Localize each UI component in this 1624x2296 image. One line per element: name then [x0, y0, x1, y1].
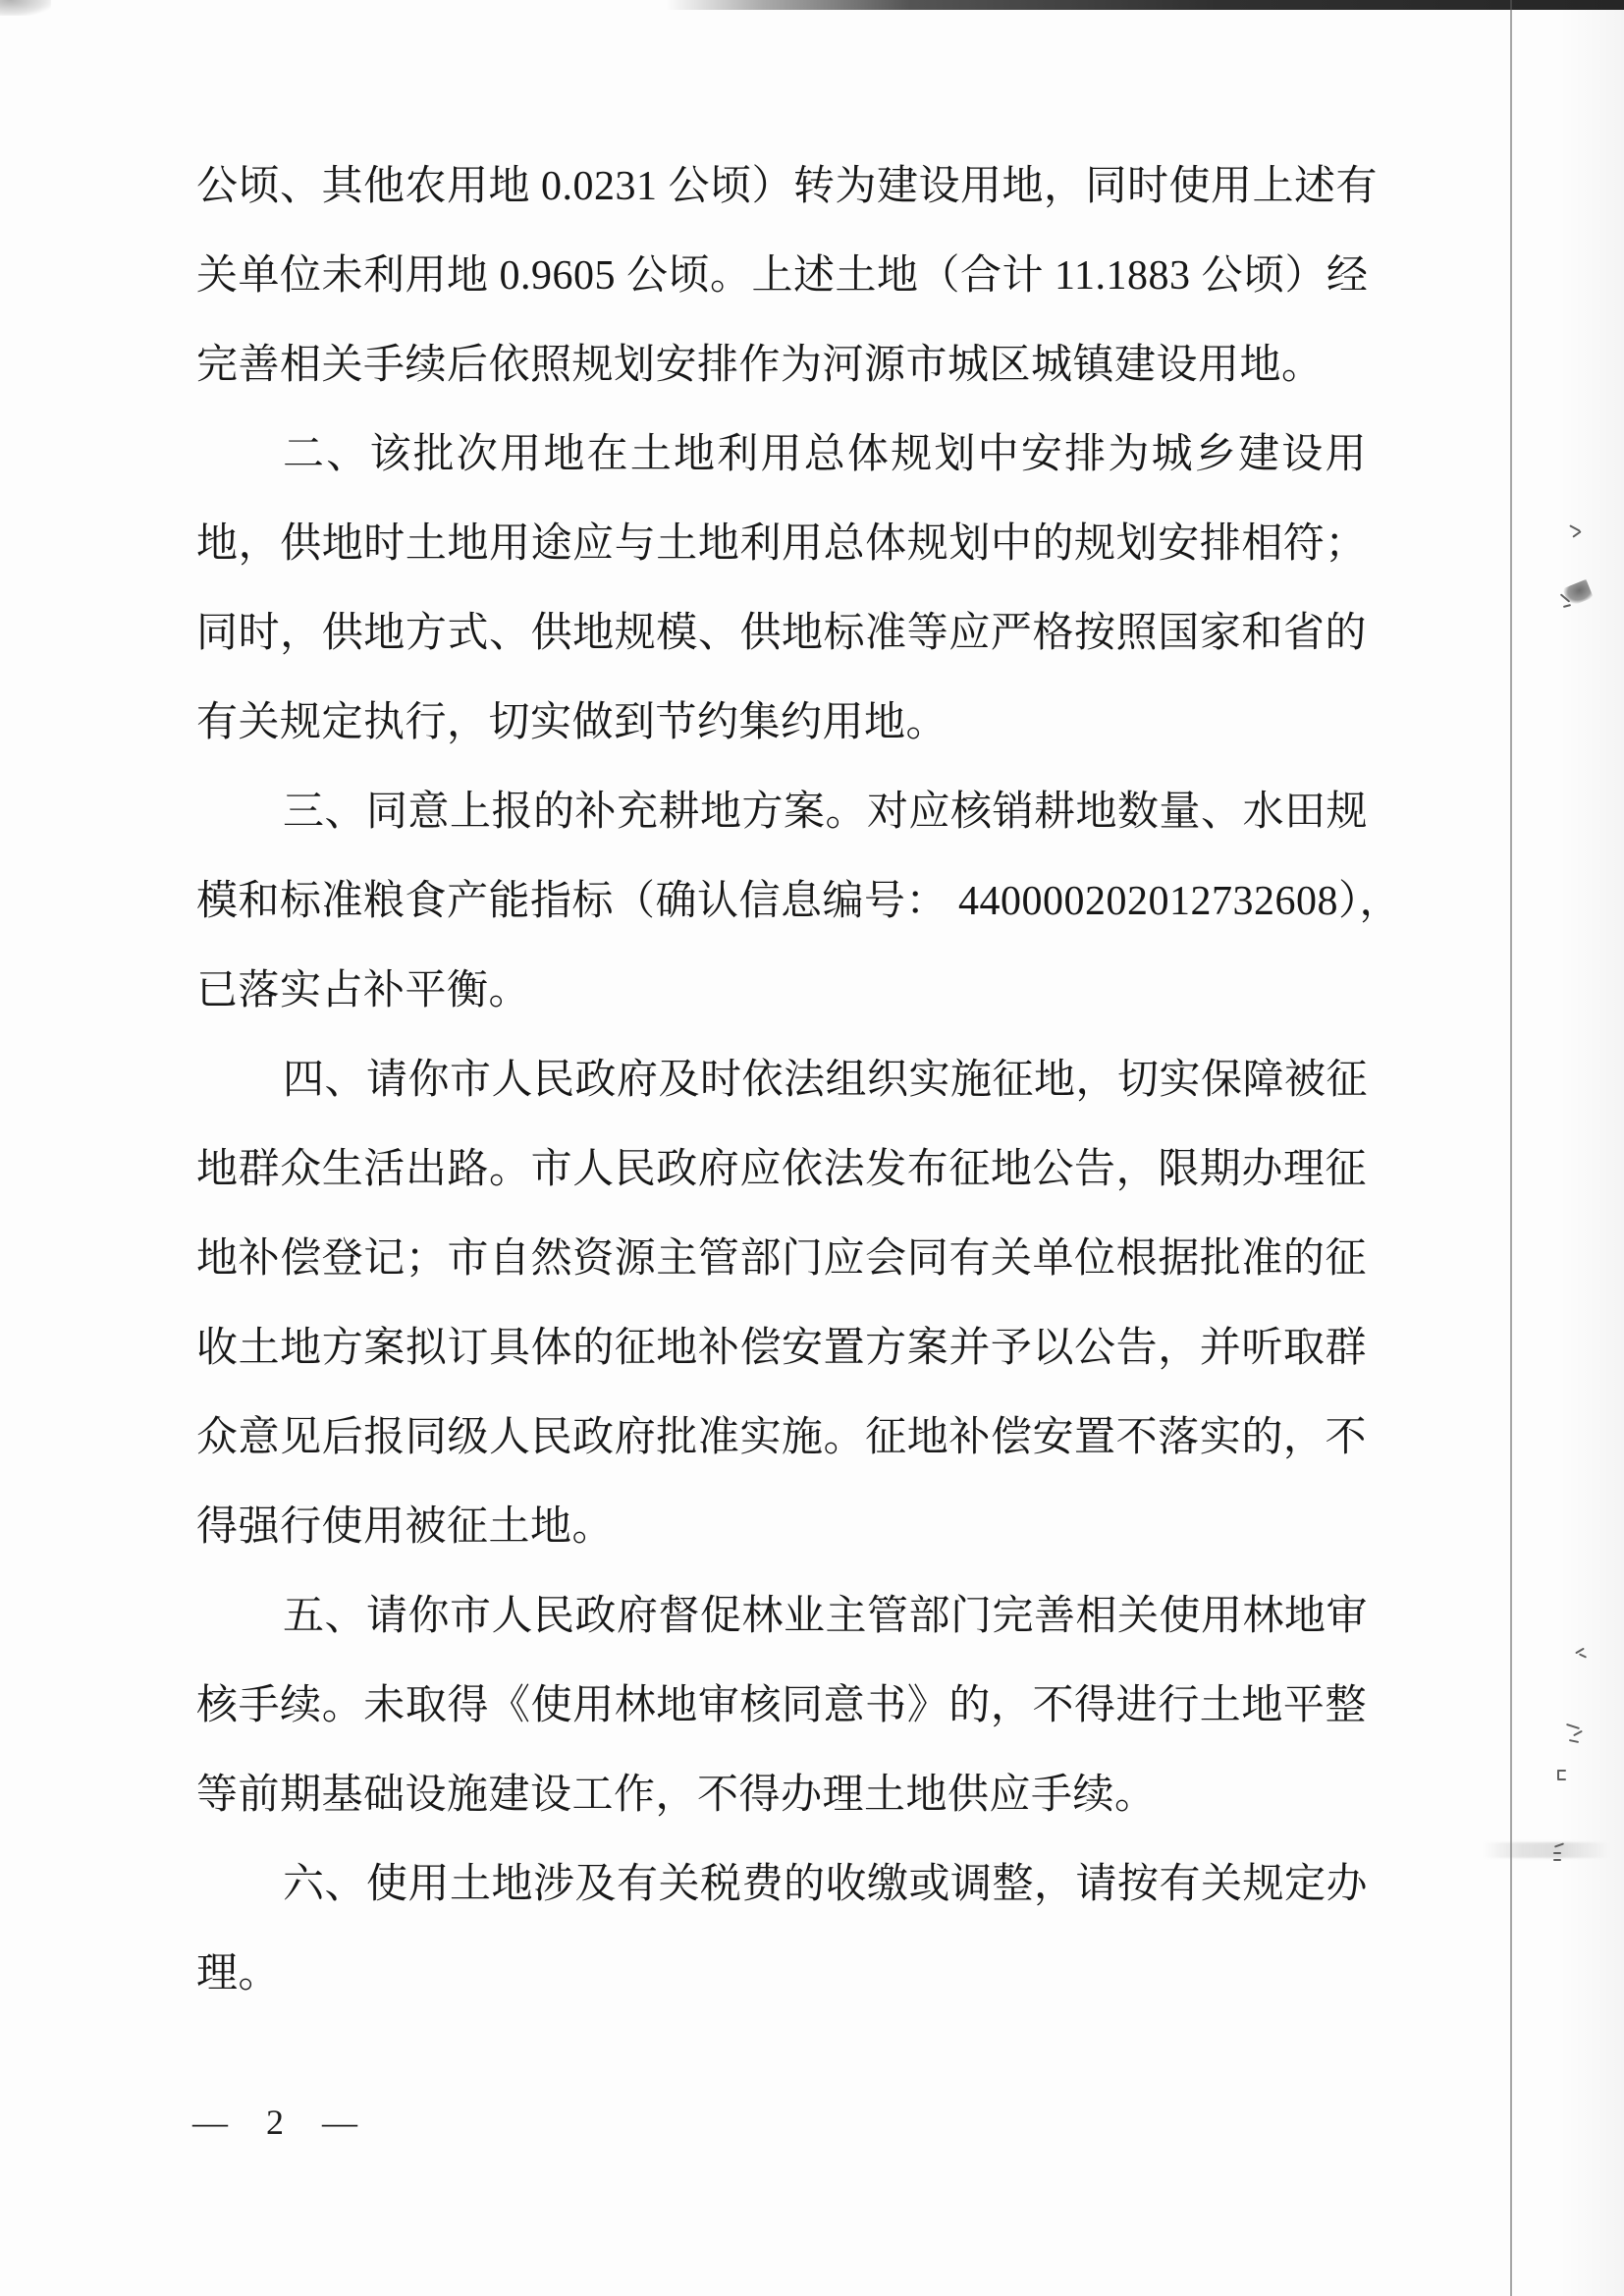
- text-line: 有关规定执行，切实做到节约集约用地。: [196, 679, 1367, 768]
- scan-artifact: [1573, 1646, 1589, 1662]
- scanned-document-page: { "page": { "number_label": "— 2 —" }, "…: [0, 0, 1624, 2296]
- text-line: 同时，供地方式、供地规模、供地标准等应严格按照国家和省的: [196, 589, 1367, 679]
- scan-artifact: [1551, 1842, 1567, 1866]
- scan-artifact: [1565, 1721, 1587, 1746]
- text-line: 收土地方案拟订具体的征地补偿安置方案并予以公告，并听取群: [196, 1304, 1367, 1394]
- text-line: 完善相关手续后依照规划安排作为河源市城区城镇建设用地。: [196, 321, 1367, 410]
- text-line: 二、该批次用地在土地利用总体规划中安排为城乡建设用: [196, 410, 1367, 500]
- page-number: — 2 —: [192, 2102, 361, 2143]
- text-line: 六、使用土地涉及有关税费的收缴或调整，请按有关规定办: [196, 1840, 1367, 1930]
- text-line: 地，供地时土地用途应与土地利用总体规划中的规划安排相符；: [196, 500, 1367, 589]
- text-line: 等前期基础设施建设工作，不得办理土地供应手续。: [196, 1751, 1367, 1840]
- text-line: 四、请你市人民政府及时依法组织实施征地，切实保障被征: [196, 1036, 1367, 1125]
- text-line: 已落实占补平衡。: [196, 947, 1367, 1036]
- text-line: 关单位未利用地 0.9605 公顷。上述土地（合计 11.1883 公顷）经: [196, 232, 1367, 321]
- scan-edge-top: [0, 0, 1624, 10]
- text-line: 核手续。未取得《使用林地审核同意书》的，不得进行土地平整: [196, 1662, 1367, 1751]
- scan-fold-line: [1510, 0, 1512, 2296]
- text-line: 理。: [196, 1930, 1367, 2019]
- scan-smudge: [1483, 1842, 1610, 1858]
- text-line: 地群众生活出路。市人民政府应依法发布征地公告，限期办理征: [196, 1125, 1367, 1215]
- body-text: 公顷、其他农用地 0.0231 公顷）转为建设用地，同时使用上述有关单位未利用地…: [196, 142, 1367, 2019]
- scan-artifact: [1559, 581, 1593, 611]
- text-line: 众意见后报同级人民政府批准实施。征地补偿安置不落实的，不: [196, 1394, 1367, 1483]
- text-line: 地补偿登记；市自然资源主管部门应会同有关单位根据批准的征: [196, 1215, 1367, 1304]
- text-line: 模和标准粮食产能指标（确认信息编号： 440000202012732608），: [196, 857, 1367, 947]
- scan-edge-corner-smudge: [0, 0, 51, 16]
- text-line: 公顷、其他农用地 0.0231 公顷）转为建设用地，同时使用上述有: [196, 142, 1367, 232]
- scan-artifact: [1555, 1768, 1571, 1783]
- text-line: 五、请你市人民政府督促林业主管部门完善相关使用林地审: [196, 1572, 1367, 1662]
- scan-artifact: [1567, 524, 1585, 540]
- text-line: 三、同意上报的补充耕地方案。对应核销耕地数量、水田规: [196, 768, 1367, 857]
- text-line: 得强行使用被征土地。: [196, 1483, 1367, 1572]
